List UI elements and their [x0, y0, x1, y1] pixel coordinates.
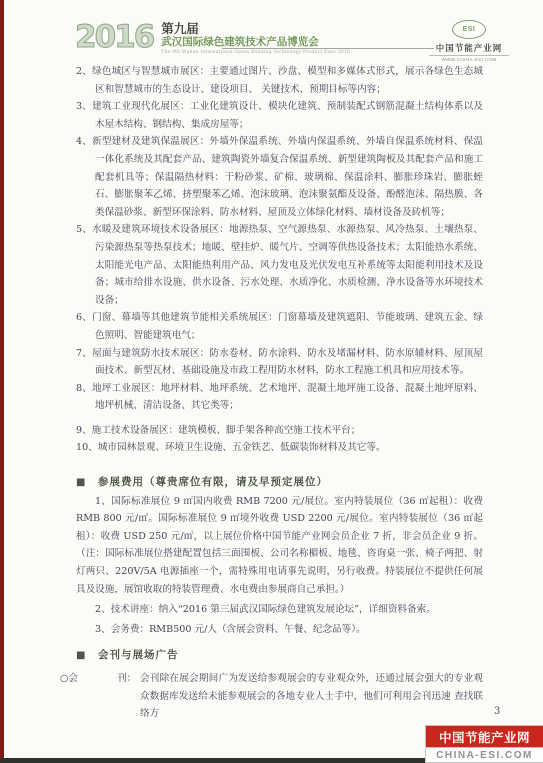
journal-paragraph: ○会 刊： 会刊除在展会期间广为发送给参观展会的专业观众外，还通过展会强大的专业… — [60, 670, 483, 723]
scan-left-edge-stripe — [0, 0, 4, 763]
square-bullet-icon: ■ — [76, 647, 98, 665]
zone-item-number: 8、 — [76, 383, 92, 394]
zone-item-text: 绿色城区与智慧城市展区：主要通过图片、沙盘、模型和多媒体式形式，展示各绿色生态城… — [92, 66, 483, 95]
fee-item-text: 技术讲座：纳入“2016 第三届武汉国际绿色建筑发展论坛”，详细资料备索。 — [111, 604, 436, 615]
fee-item-text: 会务费：RMB500 元/人（含展会资料、午餐、纪念品等）。 — [111, 624, 366, 635]
header-divider-line — [222, 48, 434, 49]
fee-item-text: 国际标准展位 9 ㎡国内收费 RMB 7200 元/展位。室内特装展位（36 ㎡… — [76, 496, 483, 595]
square-bullet-icon: ■ — [76, 474, 98, 492]
expo-logo: 2016 第九届 武汉国际绿色建筑技术产品博览会 The 9th Wuhan I… — [75, 20, 350, 55]
expo-logo-text: 第九届 武汉国际绿色建筑技术产品博览会 The 9th Wuhan Intern… — [161, 20, 350, 55]
fee-item-1: 1、国际标准展位 9 ㎡国内收费 RMB 7200 元/展位。室内特装展位（36… — [76, 493, 483, 599]
zone-item-text: 门窗、幕墙等其他建筑节能相关系统展区：门窗幕墙及建筑遮阳、节能玻璃、建筑五金、绿… — [92, 312, 483, 341]
zone-item-text: 建筑工业现代化展区：工业化建筑设计、模块化建筑、预制装配式钢筋混凝土结构体系以及… — [92, 101, 483, 130]
expo-subtitle-en: The 9th Wuhan International Green Buildi… — [161, 50, 350, 55]
zone-item-text: 施工技术设备展区：建筑模板、脚手架各种高空施工技术平台； — [92, 425, 361, 436]
journal-section-title-text: 会刊与展场广告 — [98, 649, 179, 661]
fee-item-number: 2、 — [95, 604, 111, 615]
watermark-name: 中国节能产业网 — [425, 725, 543, 748]
fees-section-title: ■参展费用（尊贵席位有限，请及早预定展位） — [76, 474, 483, 492]
page-number: 3 — [494, 706, 500, 717]
site-watermark: 中国节能产业网 CHINA-ESI.COM — [425, 725, 543, 763]
expo-edition: 第九届 — [161, 22, 350, 35]
zone-item-8: 8、地坪工业展区：地坪材料、地坪系统、艺术地坪、混凝土地坪施工设备、混凝土地坪原… — [76, 380, 483, 415]
zone-item-3: 3、建筑工业现代化展区：工业化建筑设计、模块化建筑、预制装配式钢筋混凝土结构体系… — [76, 98, 483, 133]
zone-item-number: 2、 — [76, 66, 92, 77]
journal-text: 会刊除在展会期间广为发送给参观展会的专业观众外，还通过展会强大的专业观众数据库发… — [140, 670, 483, 723]
zone-item-number: 9、 — [76, 425, 92, 436]
scanned-document-page: 2016 第九届 武汉国际绿色建筑技术产品博览会 The 9th Wuhan I… — [0, 0, 543, 763]
zone-item-4: 4、新型建材及建筑保温展区：外墙外保温系统、外墙内保温系统、外墙自保温系统材料、… — [76, 133, 483, 221]
fees-section-title-text: 参展费用（尊贵席位有限，请及早预定展位） — [98, 476, 328, 488]
org-name: 中国节能产业网 — [429, 42, 509, 54]
org-url: WWW.CHINA-ESI.COM — [429, 55, 509, 62]
zone-item-number: 10、 — [76, 442, 98, 453]
zone-item-5: 5、水暖及建筑环境技术设备展区：地源热泵、空气源热泵、水源热泵、风冷热泵、土壤热… — [76, 221, 483, 309]
zone-item-7: 7、屋面与建筑防水技术展区：防水卷材、防水涂料、防水及堵漏材料、防水原辅材料、屋… — [76, 345, 483, 380]
zone-item-number: 5、 — [76, 224, 92, 235]
fee-item-number: 3、 — [95, 624, 111, 635]
zone-item-9: 9、施工技术设备展区：建筑模板、脚手架各种高空施工技术平台； — [76, 422, 483, 440]
circle-bullet-label: ○会 — [60, 670, 117, 723]
zone-item-number: 6、 — [76, 312, 92, 323]
journal-section-title: ■会刊与展场广告 — [76, 647, 483, 665]
fee-item-2: 2、技术讲座：纳入“2016 第三届武汉国际绿色建筑发展论坛”，详细资料备索。 — [95, 601, 483, 619]
watermark-domain: CHINA-ESI.COM — [425, 748, 543, 763]
document-body: 2、绿色城区与智慧城市展区：主要通过图片、沙盘、模型和多媒体式形式，展示各绿色生… — [76, 63, 483, 723]
zone-item-text: 城市园林景观、环境卫生设施、五金铁艺、低碳装饰材料及其它等。 — [98, 442, 386, 453]
zone-item-number: 7、 — [76, 348, 92, 359]
zone-item-text: 水暖及建筑环境技术设备展区：地源热泵、空气源热泵、水源热泵、风冷热泵、土壤热泵、… — [92, 224, 483, 305]
scan-bottom-edge-stripe — [0, 758, 432, 763]
page-header: 2016 第九届 武汉国际绿色建筑技术产品博览会 The 9th Wuhan I… — [75, 20, 513, 66]
zone-item-text: 新型建材及建筑保温展区：外墙外保温系统、外墙内保温系统、外墙自保温系统材料、保温… — [92, 136, 483, 217]
zone-item-number: 3、 — [76, 101, 92, 112]
zone-item-10: 10、城市园林景观、环境卫生设施、五金铁艺、低碳装饰材料及其它等。 — [76, 439, 483, 457]
fee-item-number: 1、 — [95, 496, 111, 507]
zone-item-2: 2、绿色城区与智慧城市展区：主要通过图片、沙盘、模型和多媒体式形式，展示各绿色生… — [76, 63, 483, 98]
zone-item-text: 地坪工业展区：地坪材料、地坪系统、艺术地坪、混凝土地坪施工设备、混凝土地坪原料、… — [92, 383, 483, 412]
fee-item-3: 3、会务费：RMB500 元/人（含展会资料、午餐、纪念品等）。 — [95, 621, 483, 639]
esi-oval-logo-icon: ESI — [452, 20, 486, 39]
expo-logo-year: 2016 — [75, 20, 153, 54]
zone-item-6: 6、门窗、幕墙等其他建筑节能相关系统展区：门窗幕墙及建筑遮阳、节能玻璃、建筑五金… — [76, 309, 483, 344]
journal-label-word: 刊： — [117, 670, 140, 723]
org-logo-block: ESI 中国节能产业网 WWW.CHINA-ESI.COM — [429, 20, 509, 62]
zone-item-number: 4、 — [76, 136, 92, 147]
zone-item-text: 屋面与建筑防水技术展区：防水卷材、防水涂料、防水及堵漏材料、防水原辅材料、屋顶屋… — [92, 348, 483, 377]
